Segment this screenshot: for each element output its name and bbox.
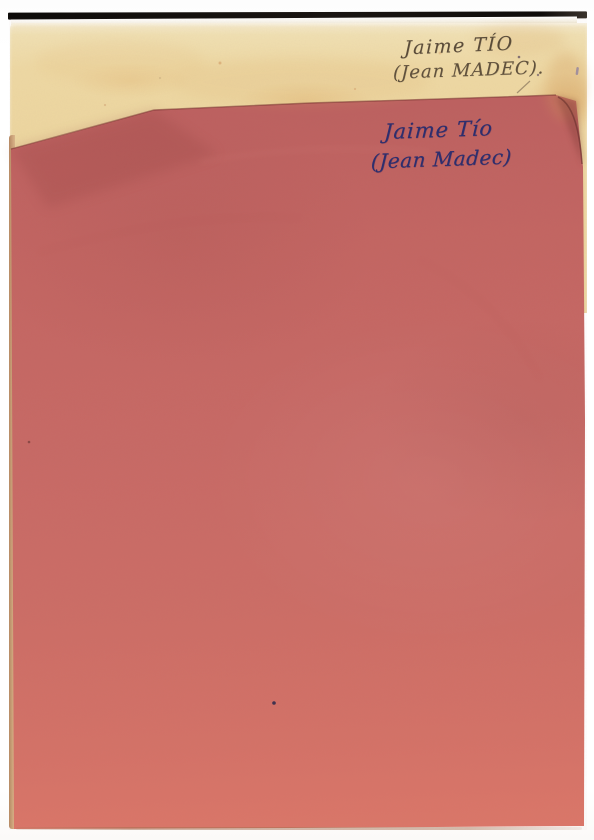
ink-inscription-realname: (Jean Madec): [371, 147, 513, 172]
ink-inscription-name: Jaime Tío: [383, 118, 493, 143]
pencil-inscription-name: Jaime TÍO: [404, 35, 514, 59]
red-cover-bottom-edge-shadow: [16, 827, 582, 830]
scanned-page: Jaime TÍO (Jean MADEC). Jaime Tío (Jean …: [0, 0, 594, 840]
